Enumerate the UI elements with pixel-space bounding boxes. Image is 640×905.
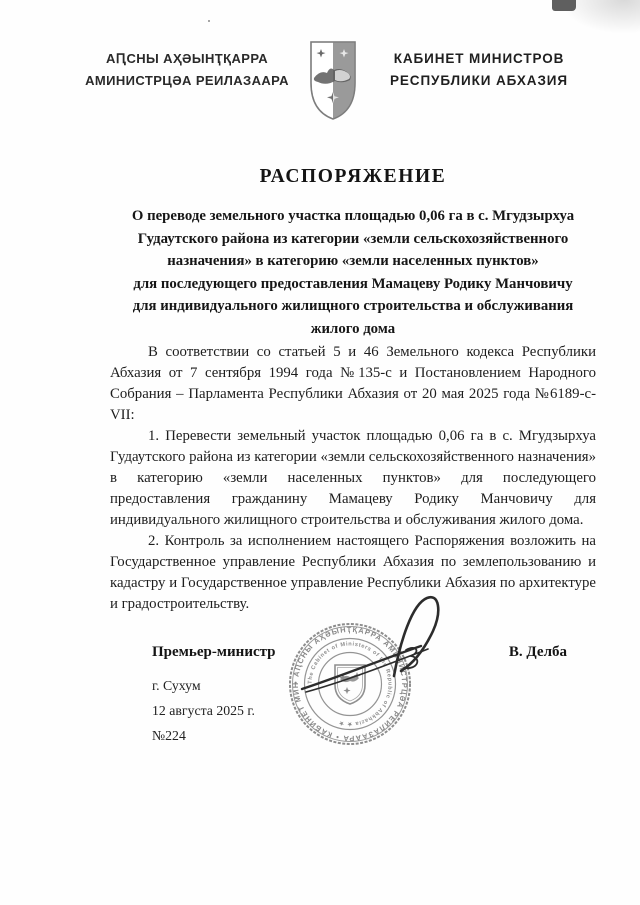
document-place: г. Сухум (152, 678, 255, 703)
document-number: №224 (152, 728, 255, 753)
coat-of-arms-icon (308, 40, 358, 122)
document-subject: О переводе земельного участка площадью 0… (88, 205, 618, 341)
signatory-post: Премьер-министр (152, 644, 276, 661)
document-title: РАСПОРЯЖЕНИЕ (110, 166, 596, 188)
handwritten-signature-icon (288, 590, 463, 705)
document-date: 12 августа 2025 г. (152, 703, 255, 728)
scan-smudge-artifact (552, 0, 576, 11)
org-name-abkhaz: АԤСНЫ АҲӘЫНҬҚАРРА АМИНИСТРЦӘА РЕИЛАЗААРА (68, 48, 306, 92)
document-page: АԤСНЫ АҲӘЫНҬҚАРРА АМИНИСТРЦӘА РЕИЛАЗААРА… (0, 0, 640, 905)
paragraph-legal-basis: В соответствии со статьей 5 и 46 Земельн… (110, 342, 596, 426)
scan-speck-artifact (208, 20, 210, 22)
org-name-russian: КАБИНЕТ МИНИСТРОВ РЕСПУБЛИКИ АБХАЗИЯ (376, 48, 582, 92)
document-meta: г. Сухум 12 августа 2025 г. №224 (152, 678, 255, 753)
paragraph-item-1: 1. Перевести земельный участок площадью … (110, 426, 596, 531)
document-body: В соответствии со статьей 5 и 46 Земельн… (110, 342, 596, 615)
signatory-name: В. Делба (509, 644, 567, 661)
